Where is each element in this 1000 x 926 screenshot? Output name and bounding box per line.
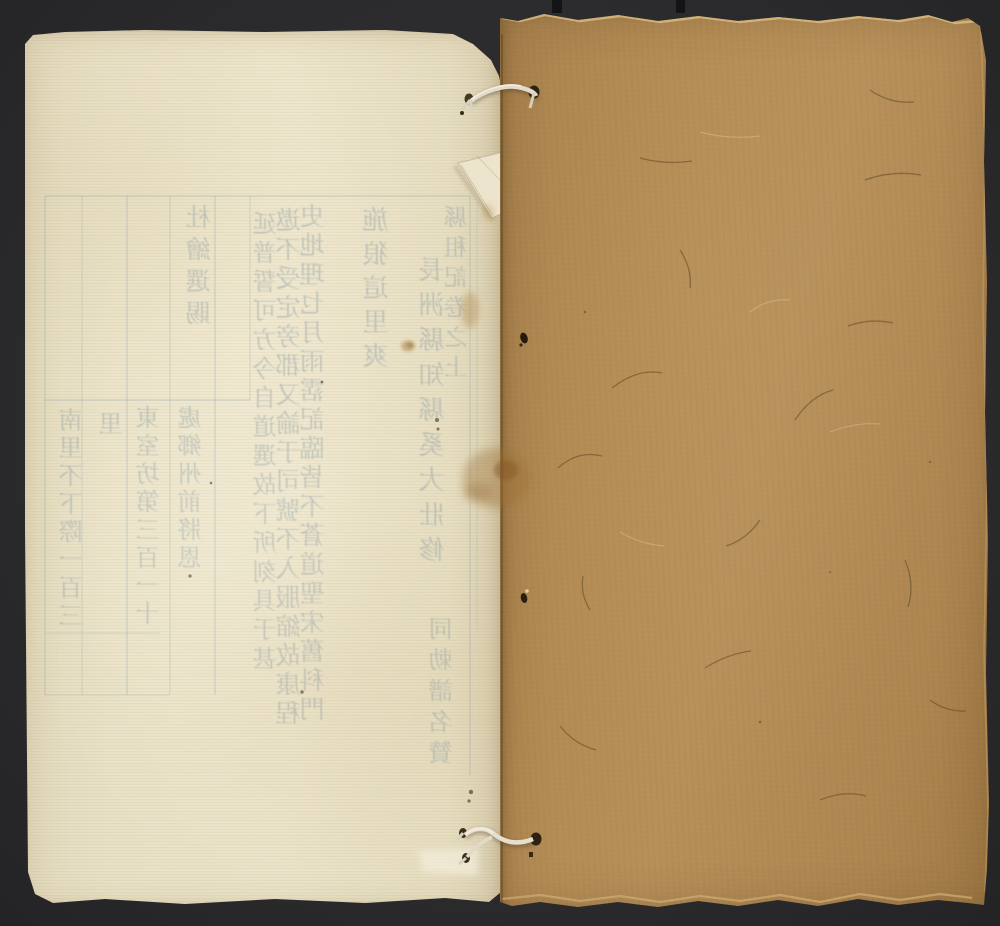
cover-texture [500,12,990,910]
show-through-table-cell: 里 [101,411,125,442]
show-through-text-column: 同勅譜名贊 [431,616,455,771]
show-through-table-cell: 東室坊第三百一十 [138,405,162,629]
back-cover [500,12,990,910]
show-through-table-cell: 南里不下際一百三 [61,407,85,631]
book-photo: 縣租記卷之上 長洲縣知縣奚大壯修 同勅譜名贊 施狼這里爽 史地理乜月雨霑記臨皆不… [0,0,1000,926]
show-through-text-column: 杜繪選賜 [187,204,212,332]
show-through-text-column: 施狼這里爽 [365,206,391,376]
show-through-text-column: 縣租記卷之上 [447,205,470,385]
show-through-text-column: 史地理乜月雨霑記臨皆不蒼道聖宋舊科門 [301,203,326,725]
background-slot [676,0,685,13]
show-through-text-column: 長洲縣知縣奚大壯修 [421,256,447,571]
background-slot [552,0,562,13]
show-through-table-cell: 處鄉州前將恩 [180,405,204,573]
cover-edge-fibers [502,15,988,902]
cover-light-fibers [620,132,880,546]
cover-fibers [558,90,966,800]
cover-specks [584,311,931,724]
show-through-text-column: 延普誓可方今自道選故下所刻具于甚 [255,211,279,675]
left-page: 縣租記卷之上 長洲縣知縣奚大壯修 同勅譜名贊 施狼這里爽 史地理乜月雨霑記臨皆不… [25,30,505,908]
worn-bottom-edge [417,848,478,876]
